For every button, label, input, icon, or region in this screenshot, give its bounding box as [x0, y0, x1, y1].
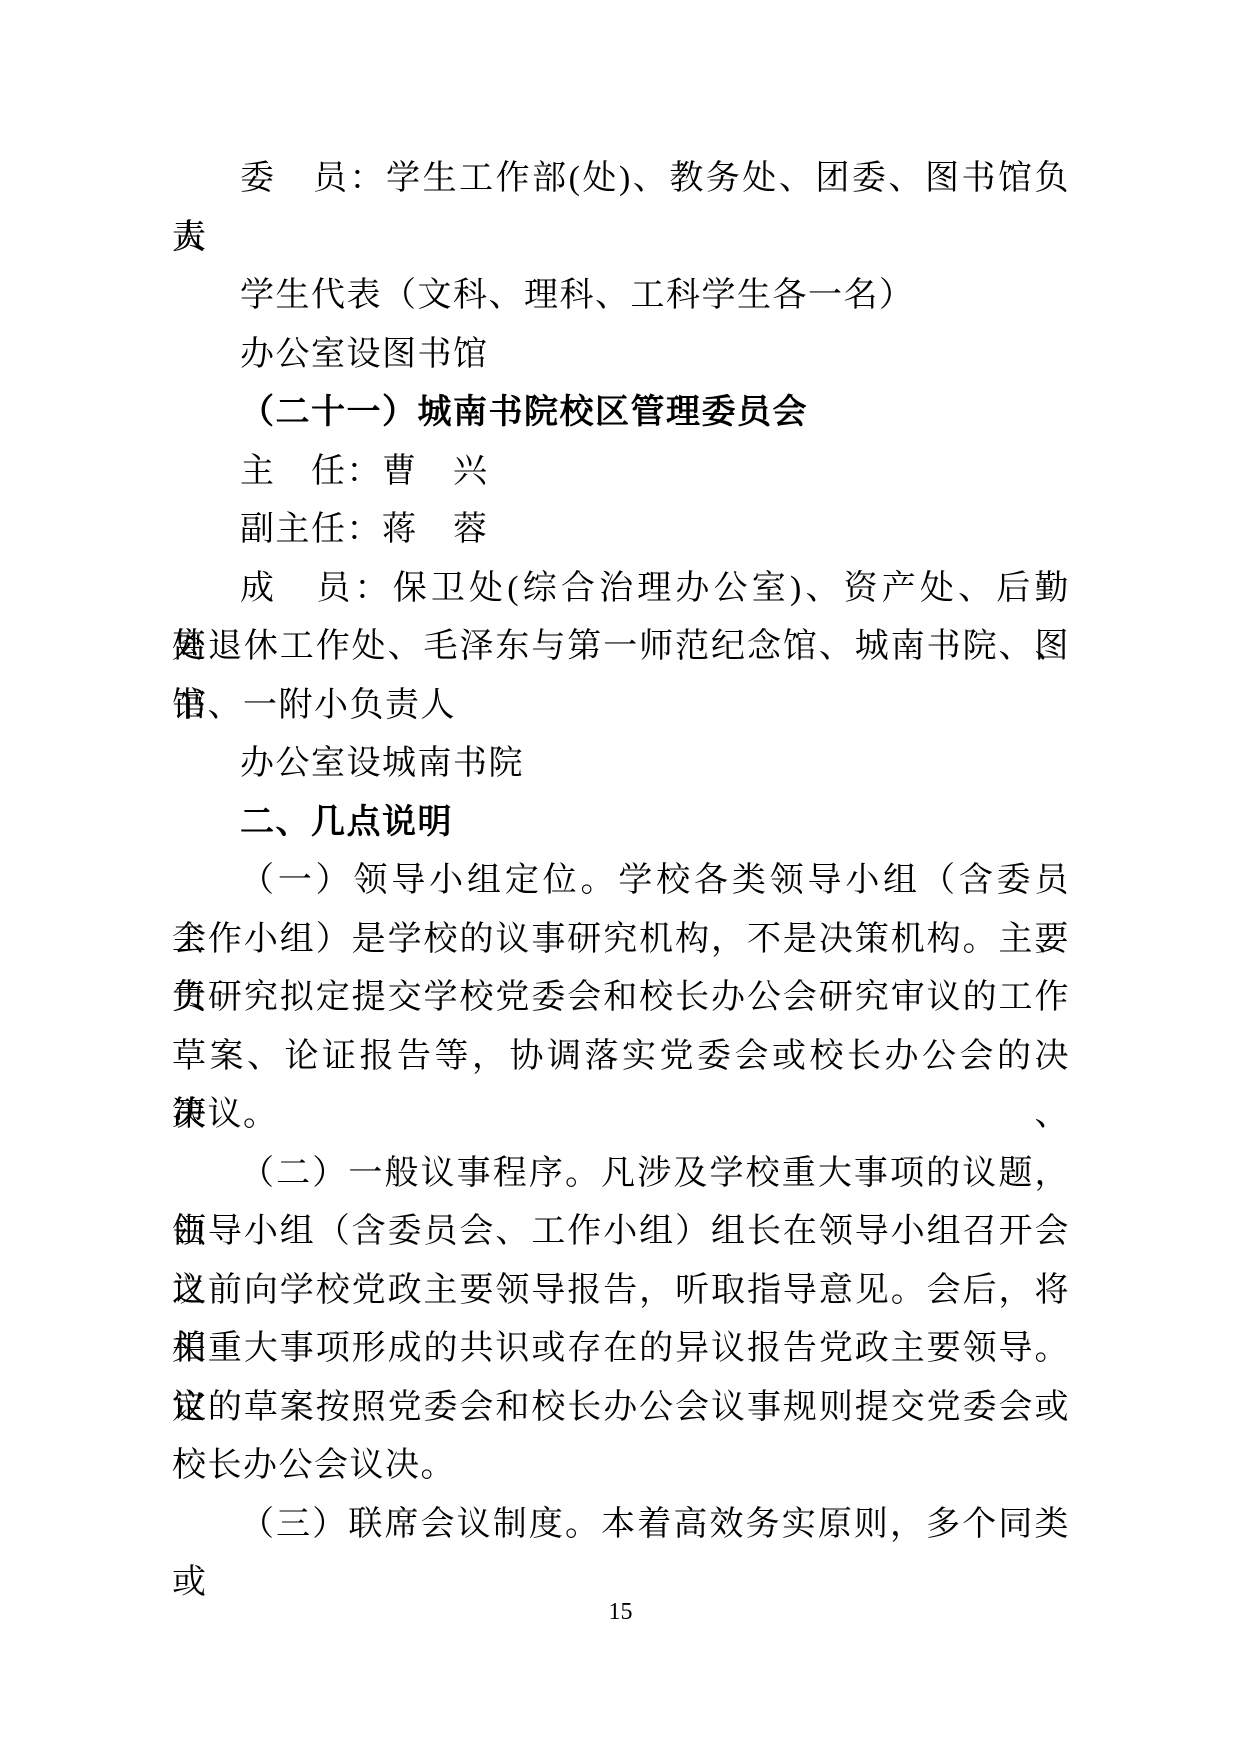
document-line: 校长办公会议决。 [172, 1437, 1070, 1496]
deputy-director-line: 副主任：蒋 蓉 [172, 501, 1070, 560]
note-3-line: （三）联席会议制度。本着高效务实原则，多个同类或 [172, 1496, 1070, 1555]
page-number: 15 [0, 1596, 1241, 1628]
section-heading-21: （二十一）城南书院校区管理委员会 [172, 384, 1070, 443]
note-1-line: （一）领导小组定位。学校各类领导小组（含委员会、 [172, 852, 1070, 911]
document-page: 委 员：学生工作部(处)、教务处、团委、图书馆负责 人 学生代表（文科、理科、工… [0, 0, 1241, 1755]
student-representatives-line: 学生代表（文科、理科、工科学生各一名） [172, 267, 1070, 326]
document-text-block: 委 员：学生工作部(处)、教务处、团委、图书馆负责 人 学生代表（文科、理科、工… [172, 150, 1070, 1554]
document-line: 领导小组（含委员会、工作小组）组长在领导小组召开会议 [172, 1203, 1070, 1262]
document-line: 馆、一附小负责人 [172, 677, 1070, 736]
document-line: 关重大事项形成的共识或存在的异议报告党政主要领导。议 [172, 1320, 1070, 1379]
document-line: 离退休工作处、毛泽东与第一师范纪念馆、城南书院、图书 [172, 618, 1070, 677]
document-line: 人 [172, 209, 1070, 268]
document-line: 责研究拟定提交学校党委会和校长办公会研究审议的工作 [172, 969, 1070, 1028]
director-line: 主 任：曹 兴 [172, 443, 1070, 502]
members-line: 成 员：保卫处(综合治理办公室)、资产处、后勤处、 [172, 560, 1070, 619]
note-2-line: （二）一般议事程序。凡涉及学校重大事项的议题，由 [172, 1145, 1070, 1204]
document-line: 草案、论证报告等，协调落实党委会或校长办公会的决策、 [172, 1028, 1070, 1087]
document-line: 定的草案按照党委会和校长办公会议事规则提交党委会或 [172, 1379, 1070, 1438]
office-location-line: 办公室设城南书院 [172, 735, 1070, 794]
office-location-line: 办公室设图书馆 [172, 326, 1070, 385]
document-line: 工作小组）是学校的议事研究机构，不是决策机构。主要负 [172, 911, 1070, 970]
section-heading-notes: 二、几点说明 [172, 794, 1070, 853]
committee-members-line: 委 员：学生工作部(处)、教务处、团委、图书馆负责 [172, 150, 1070, 209]
document-line: 之前向学校党政主要领导报告，听取指导意见。会后，将相 [172, 1262, 1070, 1321]
